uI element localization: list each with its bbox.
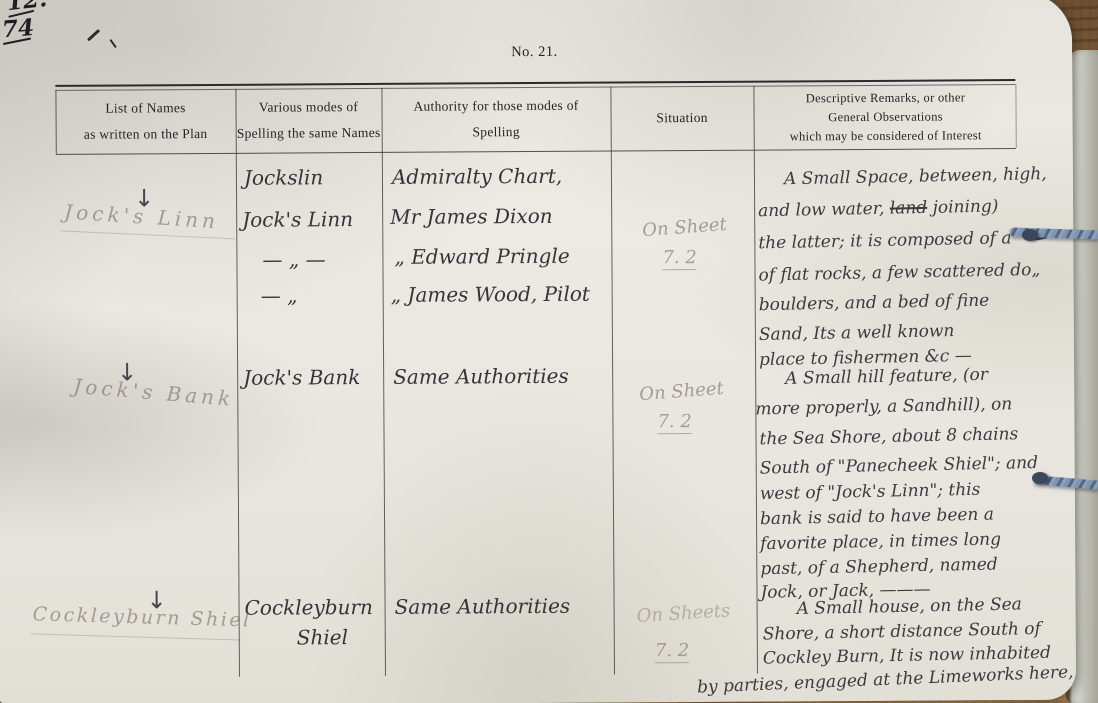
folio-number: 74	[1, 14, 35, 43]
situation-sheet: On Sheet	[639, 378, 725, 405]
plan-name-pencil: Cockleyburn Shiel	[32, 603, 252, 631]
remark-line: bank is said to have been a	[760, 505, 994, 530]
authority-line: Admiralty Chart,	[392, 164, 562, 189]
remark-line: the latter; it is composed of a	[758, 228, 1012, 253]
header-various-modes: Various modes of Spelling the same Names	[235, 89, 381, 152]
binding-thread-knot	[1022, 229, 1038, 241]
spelling-ditto: — „	[261, 283, 298, 307]
spelling-ditto: — „ —	[262, 247, 325, 271]
spelling-line: Jock's Bank	[243, 365, 360, 390]
column-divider-1	[235, 89, 240, 677]
remark-line: A Small house, on the Sea	[796, 594, 1022, 619]
column-divider-3	[610, 87, 615, 675]
situation-sheet: On Sheet	[642, 214, 728, 241]
header-situation: Situation	[610, 87, 753, 150]
remark-line: Sand, Its a well known	[759, 321, 955, 345]
plan-name-pencil: Jock's Bank	[73, 374, 236, 411]
binding-thread-knot	[1032, 472, 1048, 484]
situation-number: 7. 2	[657, 411, 691, 432]
header-authority: Authority for those modes of Spelling	[381, 88, 610, 151]
remark-line: boulders, and a bed of fine	[759, 291, 990, 316]
situation-sheet: On Sheets	[636, 600, 731, 626]
remark-line: South of "Panecheek Shiel"; and	[760, 453, 1039, 479]
remark-line: by parties, engaged at the Limeworks her…	[697, 662, 1074, 697]
spelling-line: Cockleyburn	[244, 595, 372, 620]
remark-line: favorite place, in times long	[760, 529, 1001, 554]
spelling-line: Jockslin	[244, 165, 323, 189]
spelling-line: Jock's Linn	[242, 207, 353, 232]
situation-number: 7. 2	[662, 247, 696, 268]
header-descriptive-remarks: Descriptive Remarks, or other General Ob…	[755, 85, 1015, 149]
name-book-page: 12. 74 No. 21. List of Names as written …	[0, 0, 1076, 703]
remark-line: A Small Space, between, high,	[784, 164, 1047, 189]
column-divider-4	[753, 86, 758, 674]
remark-line: more properly, a Sandhill), on	[755, 394, 1012, 419]
authority-line: Same Authorities	[394, 594, 570, 619]
column-divider-2	[381, 88, 386, 676]
remark-line: A Small hill feature, (or	[785, 365, 988, 389]
page-title: No. 21.	[511, 44, 558, 61]
remark-line: west of "Jock's Linn"; this	[760, 480, 981, 504]
authority-line: „ James Wood, Pilot	[391, 282, 590, 307]
remark-line: past, of a Shepherd, named	[760, 555, 998, 580]
pen-scratch-mark	[109, 39, 116, 48]
header-list-of-names: List of Names as written on the Plan	[55, 90, 235, 153]
struck-word: land	[890, 198, 928, 219]
plan-name-pencil: Jock's Linn	[64, 199, 220, 233]
remark-line: Shore, a short distance South of	[763, 619, 1041, 645]
pen-scratch-mark	[87, 29, 100, 41]
spelling-line: Shiel	[297, 625, 348, 649]
remark-line: and low water, land joining)	[758, 196, 999, 221]
pencil-guide-line	[31, 633, 241, 640]
remark-line: of flat rocks, a few scattered do„	[758, 260, 1040, 286]
situation-number: 7. 2	[655, 640, 689, 661]
authority-line: Mr James Dixon	[390, 204, 553, 229]
authority-line: „ Edward Pringle	[394, 244, 569, 269]
authority-line: Same Authorities	[393, 364, 569, 389]
remark-line: the Sea Shore, about 8 chains	[759, 424, 1018, 449]
